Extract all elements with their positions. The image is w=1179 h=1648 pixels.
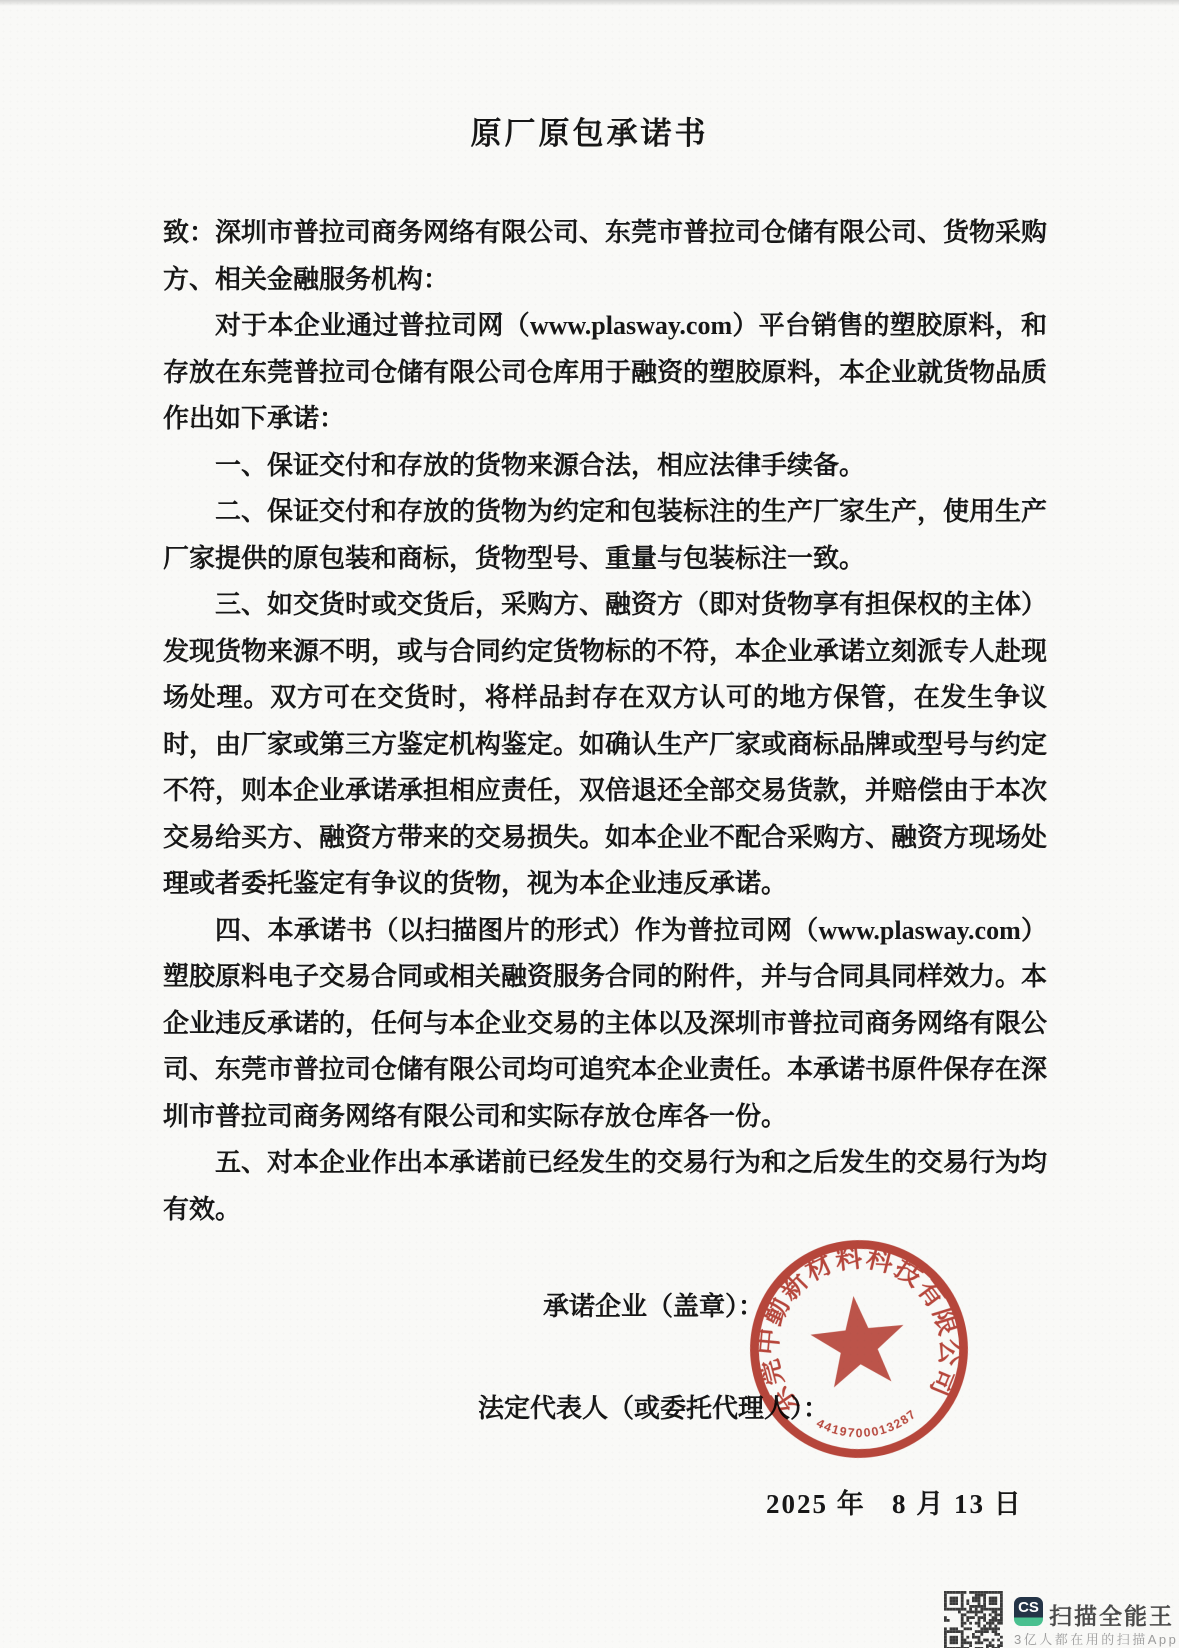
document-title: 原厂原包承诺书 bbox=[0, 108, 1179, 153]
document-body: 致：深圳市普拉司商务网络有限公司、东莞市普拉司仓储有限公司、货物采购方、相关金融… bbox=[163, 210, 1047, 1233]
company-seal: 东莞中勤新材料科技有限公司 4419700013287 bbox=[724, 1214, 994, 1484]
body-paragraph: 四、本承诺书（以扫描图片的形式）作为普拉司网（www.plasway.com）塑… bbox=[163, 908, 1047, 1141]
body-paragraph: 二、保证交付和存放的货物为约定和包装标注的生产厂家生产，使用生产厂家提供的原包装… bbox=[163, 489, 1047, 582]
camscanner-tagline: 3亿人都在用的扫描App bbox=[1014, 1629, 1178, 1648]
body-paragraph: 致：深圳市普拉司商务网络有限公司、东莞市普拉司仓储有限公司、货物采购方、相关金融… bbox=[163, 210, 1047, 303]
camscanner-logo-text: CS bbox=[1018, 1597, 1039, 1618]
body-paragraph: 一、保证交付和存放的货物来源合法，相应法律手续备。 bbox=[163, 443, 1047, 490]
body-paragraph: 三、如交货时或交货后，采购方、融资方（即对货物享有担保权的主体）发现货物来源不明… bbox=[163, 582, 1047, 908]
scan-edge-shadow bbox=[0, 0, 1179, 6]
camscanner-brand: 扫描全能王 bbox=[1049, 1598, 1174, 1631]
qr-code bbox=[944, 1591, 1003, 1648]
signature-date: 2025 年 8 月 13 日 bbox=[766, 1482, 1023, 1521]
camscanner-logo: CS bbox=[1014, 1597, 1043, 1626]
scanned-document-page: { "document": { "title": "原厂原包承诺书", "par… bbox=[0, 0, 1179, 1648]
body-paragraph: 对于本企业通过普拉司网（www.plasway.com）平台销售的塑胶原料，和存… bbox=[163, 303, 1047, 443]
seal-star-icon bbox=[807, 1291, 909, 1389]
